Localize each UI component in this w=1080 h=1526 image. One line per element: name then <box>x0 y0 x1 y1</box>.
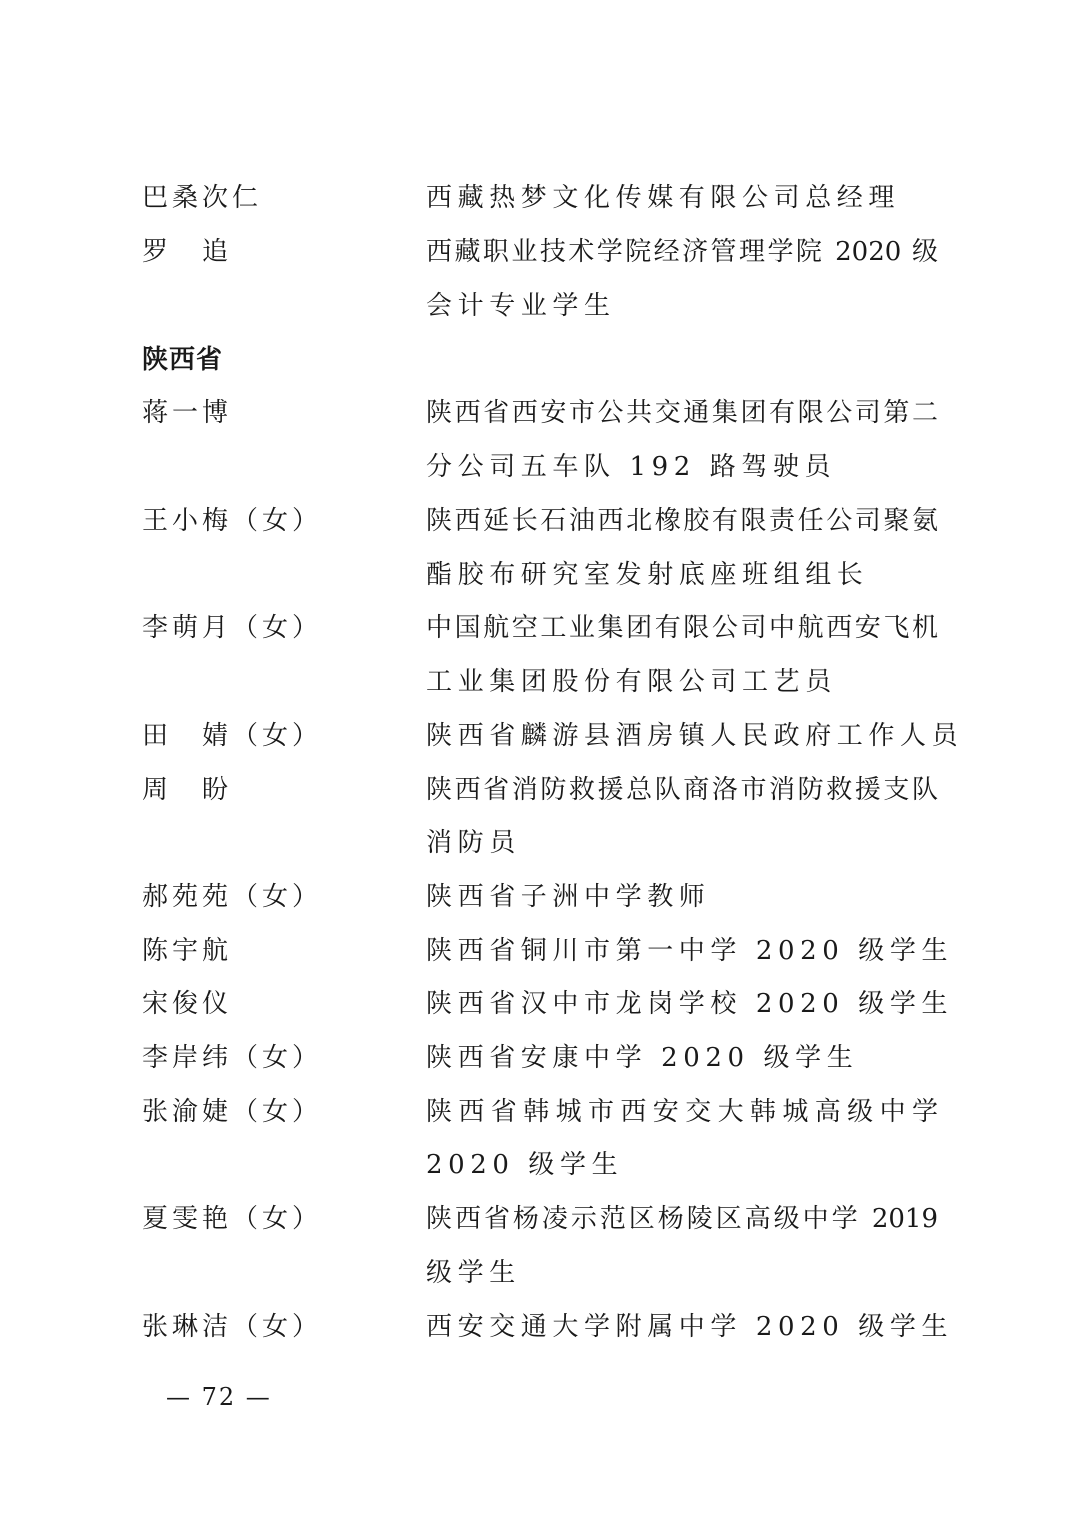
entry-description: 陕西省安康中学 2020 级学生 <box>426 1038 858 1078</box>
entry-description: 中国航空工业集团有限公司中航西安飞机 <box>426 608 938 648</box>
entry-description: 级学生 <box>426 1253 521 1293</box>
entry-description: 陕西省消防救援总队商洛市消防救援支队 <box>426 770 938 810</box>
entry-description: 陕西省西安市公共交通集团有限公司第二 <box>426 393 938 433</box>
entry-description: 会计专业学生 <box>426 286 616 326</box>
entry-name: 郝苑苑（女） <box>142 877 322 917</box>
entry-name: 张渝婕（女） <box>142 1092 322 1132</box>
entry-description: 工业集团股份有限公司工艺员 <box>426 662 837 702</box>
entry-name: 陈宇航 <box>142 931 232 971</box>
entry-description: 西藏热梦文化传媒有限公司总经理 <box>426 178 900 218</box>
entry-description: 陕西延长石油西北橡胶有限责任公司聚氨 <box>426 501 938 541</box>
entry-name: 巴桑次仁 <box>142 178 262 218</box>
entry-description: 酯胶布研究室发射底座班组组长 <box>426 555 868 595</box>
entry-description: 2020 级学生 <box>426 1145 623 1185</box>
entry-description: 消防员 <box>426 823 521 863</box>
entry-description: 陕西省铜川市第一中学 2020 级学生 <box>426 931 953 971</box>
province-heading: 陕西省 <box>142 340 223 380</box>
entry-description: 分公司五车队 192 路驾驶员 <box>426 447 836 487</box>
page-number: — 72 — <box>166 1377 272 1417</box>
entry-name: 罗 追 <box>142 232 232 272</box>
entry-name: 夏雯艳（女） <box>142 1199 322 1239</box>
entry-name: 周 盼 <box>142 770 232 810</box>
entry-name: 蒋一博 <box>142 393 232 433</box>
entry-name: 宋俊仪 <box>142 984 232 1024</box>
entry-description: 西藏职业技术学院经济管理学院 2020 级 <box>426 232 938 272</box>
entry-name: 张琳洁（女） <box>142 1307 322 1347</box>
entry-name: 李岸纬（女） <box>142 1038 322 1078</box>
entry-name: 王小梅（女） <box>142 501 322 541</box>
entry-description: 陕西省麟游县酒房镇人民政府工作人员 <box>426 716 963 756</box>
entry-name: 李萌月（女） <box>142 608 322 648</box>
entry-description: 陕西省子洲中学教师 <box>426 877 710 917</box>
entry-name: 田 婧（女） <box>142 716 322 756</box>
entry-description: 陕西省韩城市西安交大韩城高级中学 <box>426 1092 938 1132</box>
entry-description: 西安交通大学附属中学 2020 级学生 <box>426 1307 953 1347</box>
entry-description: 陕西省杨凌示范区杨陵区高级中学 2019 <box>426 1199 938 1239</box>
entry-description: 陕西省汉中市龙岗学校 2020 级学生 <box>426 984 953 1024</box>
